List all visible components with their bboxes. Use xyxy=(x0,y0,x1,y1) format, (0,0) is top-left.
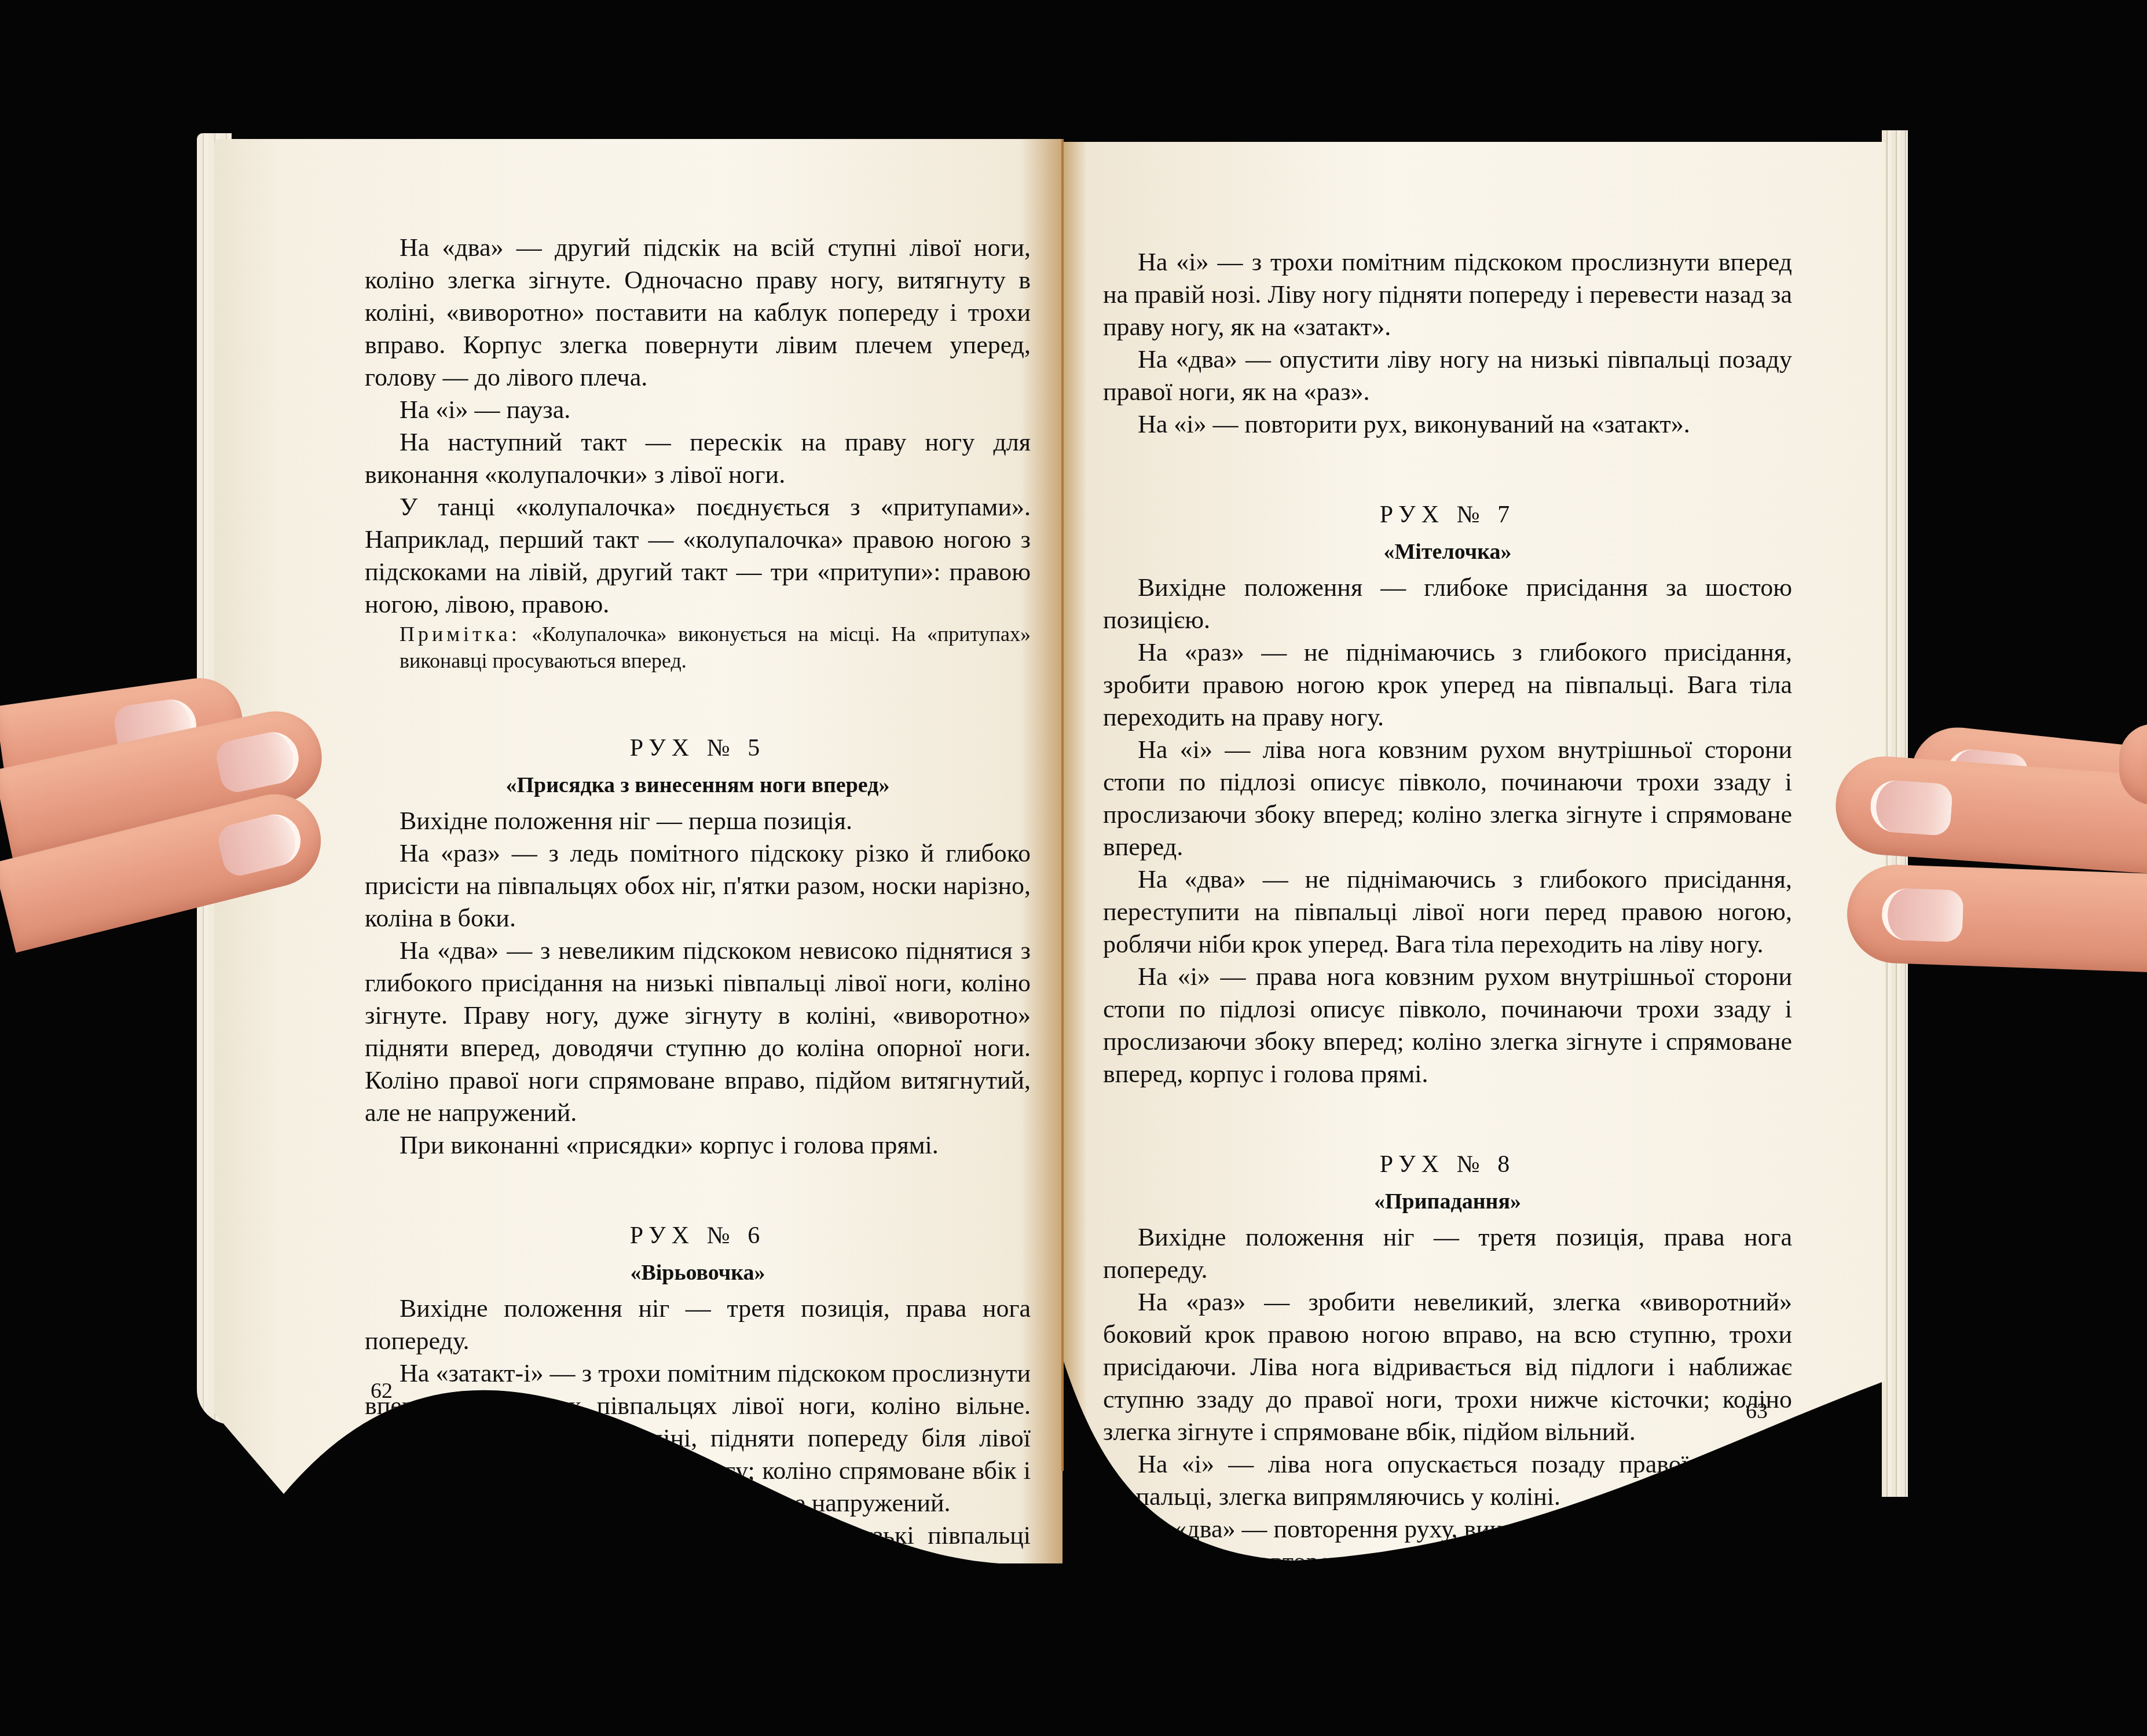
section-heading: РУХ № 7 xyxy=(1103,499,1792,531)
paragraph: На наступний такт — перескік на праву но… xyxy=(365,426,1031,491)
section-subtitle: «Мітелочка» xyxy=(1103,536,1792,568)
note-label: Примітка: xyxy=(400,622,521,646)
paragraph: Вихідне положення ніг — третя позиція, п… xyxy=(1103,1221,1792,1286)
page-number-left: 62 xyxy=(371,1378,393,1404)
left-page: На «два» — другий підскік на всій ступні… xyxy=(214,139,1062,1563)
fingernail xyxy=(1868,779,1953,837)
right-page-text: На «і» — з трохи помітним підскоком прос… xyxy=(1103,246,1792,1578)
fingernail xyxy=(1881,888,1964,943)
left-page-text: На «два» — другий підскік на всій ступні… xyxy=(365,232,1031,1617)
paragraph: На «і» — ліва нога опускається позаду пр… xyxy=(1103,1448,1792,1513)
paragraph: На «два» — опустити ліву ногу на низькі … xyxy=(1103,343,1792,408)
paragraph: На «і» — повторення руху, виконуваного н… xyxy=(1103,1545,1792,1578)
section-subtitle: «Припадання» xyxy=(1103,1185,1792,1218)
paragraph: На «раз» — зробити невеликий, злегка «ви… xyxy=(1103,1286,1792,1448)
paragraph: У танці «колупалочка» поєднується з «при… xyxy=(365,491,1031,621)
paragraph: На «раз» — опустити праву ногу на низькі… xyxy=(365,1519,1031,1617)
section-heading: РУХ № 6 xyxy=(365,1219,1031,1252)
right-page: На «і» — з трохи помітним підскоком прос… xyxy=(1062,142,1885,1566)
paragraph: Вихідне положення ніг — третя позиція, п… xyxy=(365,1292,1031,1357)
section-subtitle: «Вірьовочка» xyxy=(365,1257,1031,1289)
section-spacer xyxy=(365,1162,1031,1196)
paragraph: На «два» — другий підскік на всій ступні… xyxy=(365,232,1031,394)
paragraph: На «і» — пауза. xyxy=(365,394,1031,426)
paragraph: На «і» — ліва нога ковзним рухом внутріш… xyxy=(1103,734,1792,863)
paragraph: На «раз» — з ледь помітного підскоку різ… xyxy=(365,837,1031,935)
fingernail xyxy=(213,727,303,795)
paragraph: На «два» — повторення руху, виконуваного… xyxy=(1103,1513,1792,1545)
note: Примітка: «Колупалочка» виконується на м… xyxy=(400,621,1031,674)
paragraph: На «два» — не піднімаючись з глибокого п… xyxy=(1103,863,1792,961)
section-heading: РУХ № 8 xyxy=(1103,1148,1792,1181)
paragraph: На «і» — з трохи помітним підскоком прос… xyxy=(1103,246,1792,343)
paragraph: На «два» — з невеликим підскоком невисок… xyxy=(365,935,1031,1129)
paragraph: На «і» — права нога ковзним рухом внутрі… xyxy=(1103,961,1792,1090)
finger xyxy=(1845,863,2147,973)
paragraph: На «затакт-і» — з трохи помітним підскок… xyxy=(365,1357,1031,1519)
paragraph: Вихідне положення ніг — перша позиція. xyxy=(365,805,1031,837)
section-subtitle: «Присядка з винесенням ноги вперед» xyxy=(365,769,1031,801)
section-spacer xyxy=(1103,1090,1792,1125)
fingernail xyxy=(215,809,306,879)
section-spacer xyxy=(1103,441,1792,475)
paragraph: На «раз» — не піднімаючись з глибокого п… xyxy=(1103,636,1792,734)
paragraph: Вихідне положення — глибоке присідання з… xyxy=(1103,572,1792,636)
section-spacer xyxy=(365,674,1031,709)
section-heading: РУХ № 5 xyxy=(365,732,1031,764)
page-number-right: 63 xyxy=(1746,1398,1768,1424)
paragraph: При виконанні «присядки» корпус і голова… xyxy=(365,1129,1031,1162)
book-spine-gutter xyxy=(1061,139,1064,1471)
paragraph: На «і» — повторити рух, виконуваний на «… xyxy=(1103,408,1792,441)
